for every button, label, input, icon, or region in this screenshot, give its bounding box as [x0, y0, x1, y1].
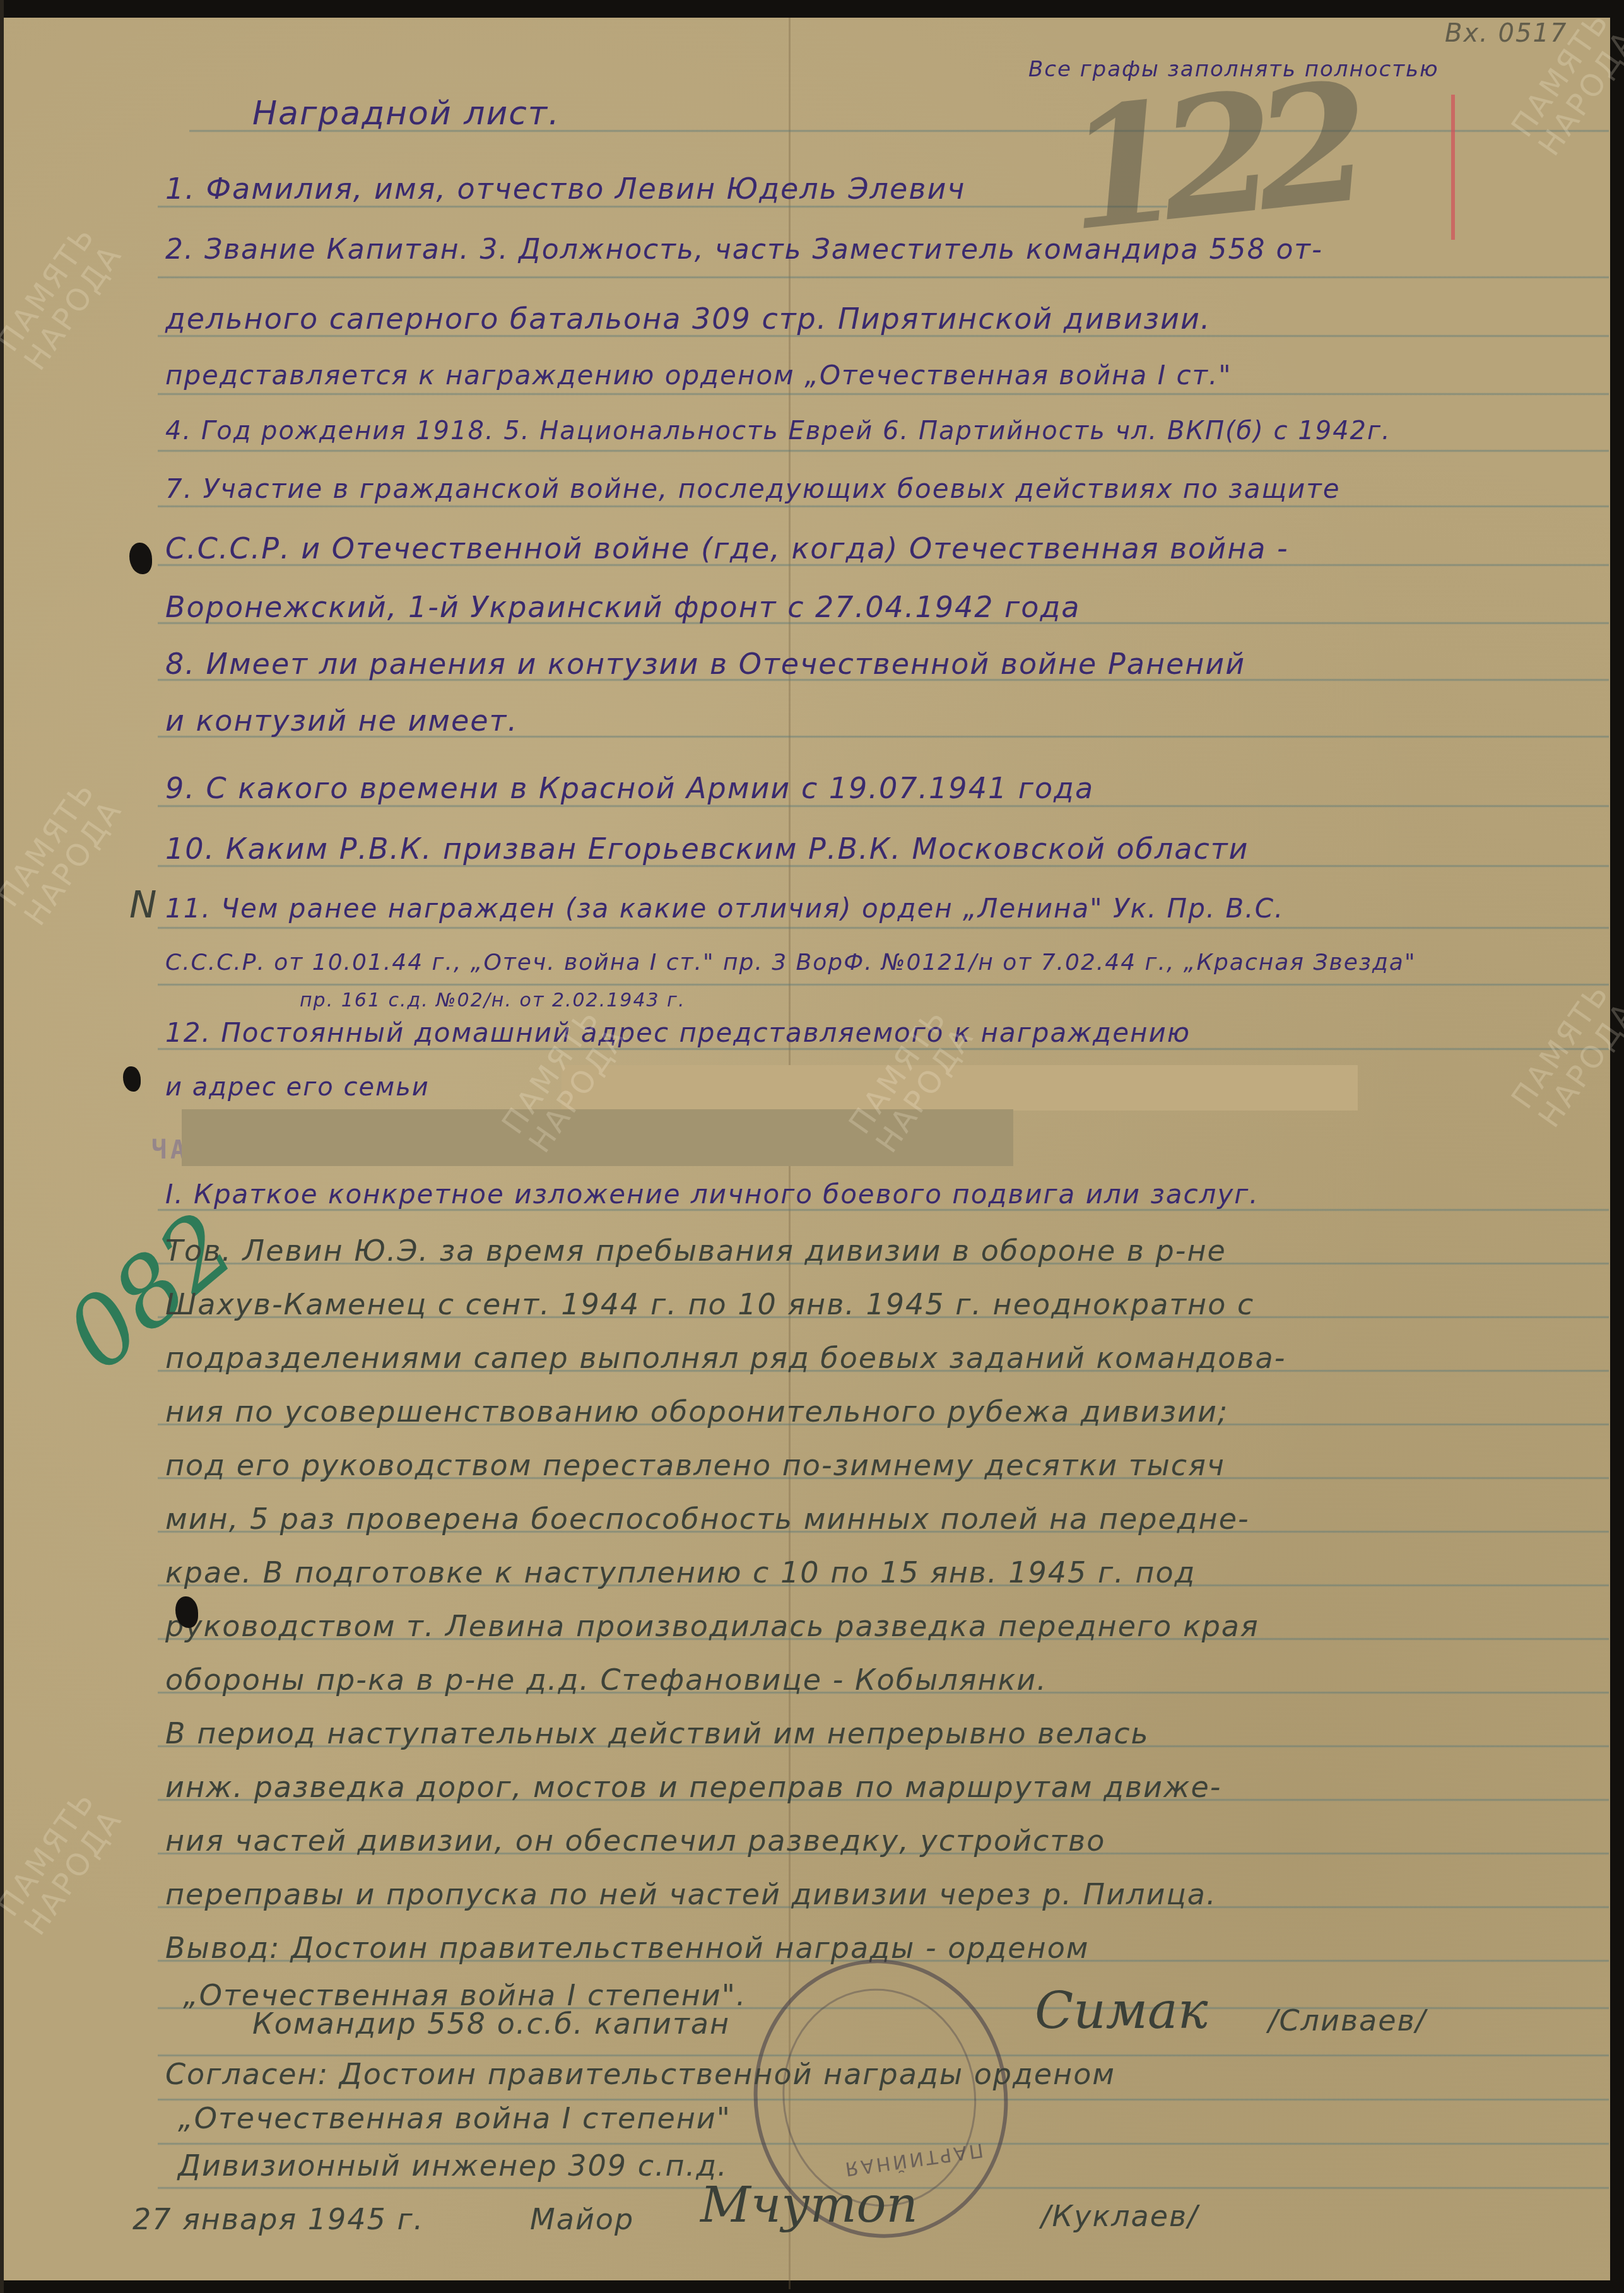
header-note: Все графы заполнять полностью — [1028, 57, 1439, 82]
field-combat-participation-2: С.С.С.Р. и Отечественной войне (где, ког… — [165, 531, 1289, 565]
commander-name: /Сливаев/ — [1268, 2003, 1427, 2037]
ruled-line — [158, 276, 1609, 279]
narrative-line: В период наступательных действий им непр… — [165, 1716, 1150, 1750]
field-wounds-2: и контузий не имеет. — [165, 704, 518, 738]
pencil-sheet-number: 122 — [1059, 61, 1360, 254]
narrative-line: подразделениями сапер выполнял ряд боевы… — [165, 1341, 1286, 1375]
archive-mark: Вх. 0517 — [1445, 19, 1567, 48]
narrative-line: крае. В подготовке к наступлению с 10 по… — [165, 1555, 1196, 1589]
ruled-line — [158, 505, 1609, 508]
margin-check-mark: N — [129, 883, 158, 926]
watermark: ПАМЯТЬНАРОДА — [1505, 977, 1624, 1133]
narrative-line: Шахув-Каменец с сент. 1944 г. по 10 янв.… — [165, 1287, 1254, 1321]
agreement-line-2: „Отечественная война I степени" — [178, 2101, 731, 2135]
narrative-line: переправы и пропуска по ней частей дивиз… — [165, 1877, 1217, 1911]
signature-date: 27 января 1945 г. — [132, 2202, 424, 2236]
award-sheet-page: 122 Вх. 0517 Все графы заполнять полност… — [0, 0, 1624, 2293]
redacted-address — [562, 1065, 1358, 1111]
scan-border-top — [0, 0, 1624, 18]
field-army-since: 9. С какого времени в Красной Армии с 19… — [165, 771, 1094, 805]
ruled-line — [158, 983, 1609, 986]
narrative-line: под его руководством переставлено по-зим… — [165, 1448, 1225, 1482]
field-combat-participation: 7. Участие в гражданской войне, последую… — [165, 473, 1341, 504]
narrative-line: Тов. Левин Ю.Э. за время пребывания диви… — [165, 1234, 1227, 1268]
scan-border-bottom — [0, 2280, 1624, 2293]
field-previous-awards-3: пр. 161 с.д. №02/н. от 2.02.1943 г. — [300, 989, 685, 1011]
watermark: ПАМЯТЬНАРОДА — [0, 1784, 129, 1941]
engineer-signature: Мчутоп — [700, 2177, 918, 2234]
field-home-address: 12. Постоянный домашний адрес представля… — [165, 1017, 1191, 1048]
engineer-rank: Майор — [530, 2202, 634, 2236]
commander-signature: Симак — [1035, 1981, 1208, 2040]
red-pencil-mark — [1451, 95, 1455, 240]
section-heading: I. Краткое конкретное изложение личного … — [165, 1179, 1259, 1210]
page-title: Наградной лист. — [252, 95, 560, 133]
narrative-line: инж. разведка дорог, мостов и переправ п… — [165, 1770, 1221, 1804]
narrative-line: ния по усовершенствованию оборонительног… — [165, 1394, 1228, 1429]
field-previous-awards: 11. Чем ранее награжден (за какие отличи… — [165, 893, 1284, 924]
field-conscripted-by: 10. Каким Р.В.К. призван Егорьевским Р.В… — [165, 832, 1249, 866]
scan-border-right — [1610, 0, 1624, 2293]
field-position-continued: дельного саперного батальона 309 стр. Пи… — [165, 302, 1211, 336]
narrative-line: ния частей дивизии, он обеспечил разведк… — [165, 1824, 1105, 1858]
punch-hole — [129, 543, 152, 574]
ruled-line — [158, 449, 1609, 452]
field-birth-nationality-party: 4. Год рождения 1918. 5. Национальность … — [165, 416, 1391, 445]
field-combat-participation-3: Воронежский, 1-й Украинский фронт с 27.0… — [165, 590, 1080, 624]
narrative-line: руководством т. Левина производилась раз… — [165, 1609, 1259, 1643]
agreement-line: Согласен: Достоин правительственной нагр… — [165, 2057, 1115, 2091]
field-family-address: и адрес его семьи — [165, 1073, 430, 1102]
punch-hole — [123, 1066, 141, 1092]
field-award-nomination: представляется к награждению орденом „От… — [165, 360, 1232, 391]
field-rank-position: 2. Звание Капитан. 3. Должность, часть З… — [165, 233, 1323, 266]
ruled-line — [158, 926, 1609, 929]
field-wounds: 8. Имеет ли ранения и контузии в Отечест… — [165, 647, 1245, 681]
engineer-name: /Куклаев/ — [1041, 2199, 1199, 2233]
narrative-conclusion: Вывод: Достоин правительственной награды… — [165, 1931, 1090, 1965]
ruled-line — [158, 392, 1609, 396]
engineer-line: Дивизионный инженер 309 с.п.д. — [178, 2149, 728, 2183]
narrative-line: мин, 5 раз проверена боеспособность минн… — [165, 1502, 1250, 1536]
commander-line: Командир 558 о.с.б. капитан — [252, 2007, 730, 2041]
watermark: ПАМЯТЬНАРОДА — [0, 775, 129, 931]
narrative-line: обороны пр-ка в р-не д.д. Стефановице - … — [165, 1663, 1047, 1697]
field-full-name: 1. Фамилия, имя, отчество Левин Юдель Эл… — [165, 172, 966, 206]
watermark: ПАМЯТЬНАРОДА — [0, 220, 129, 376]
field-previous-awards-2: С.С.С.Р. от 10.01.44 г., „Отеч. война I … — [165, 950, 1416, 976]
